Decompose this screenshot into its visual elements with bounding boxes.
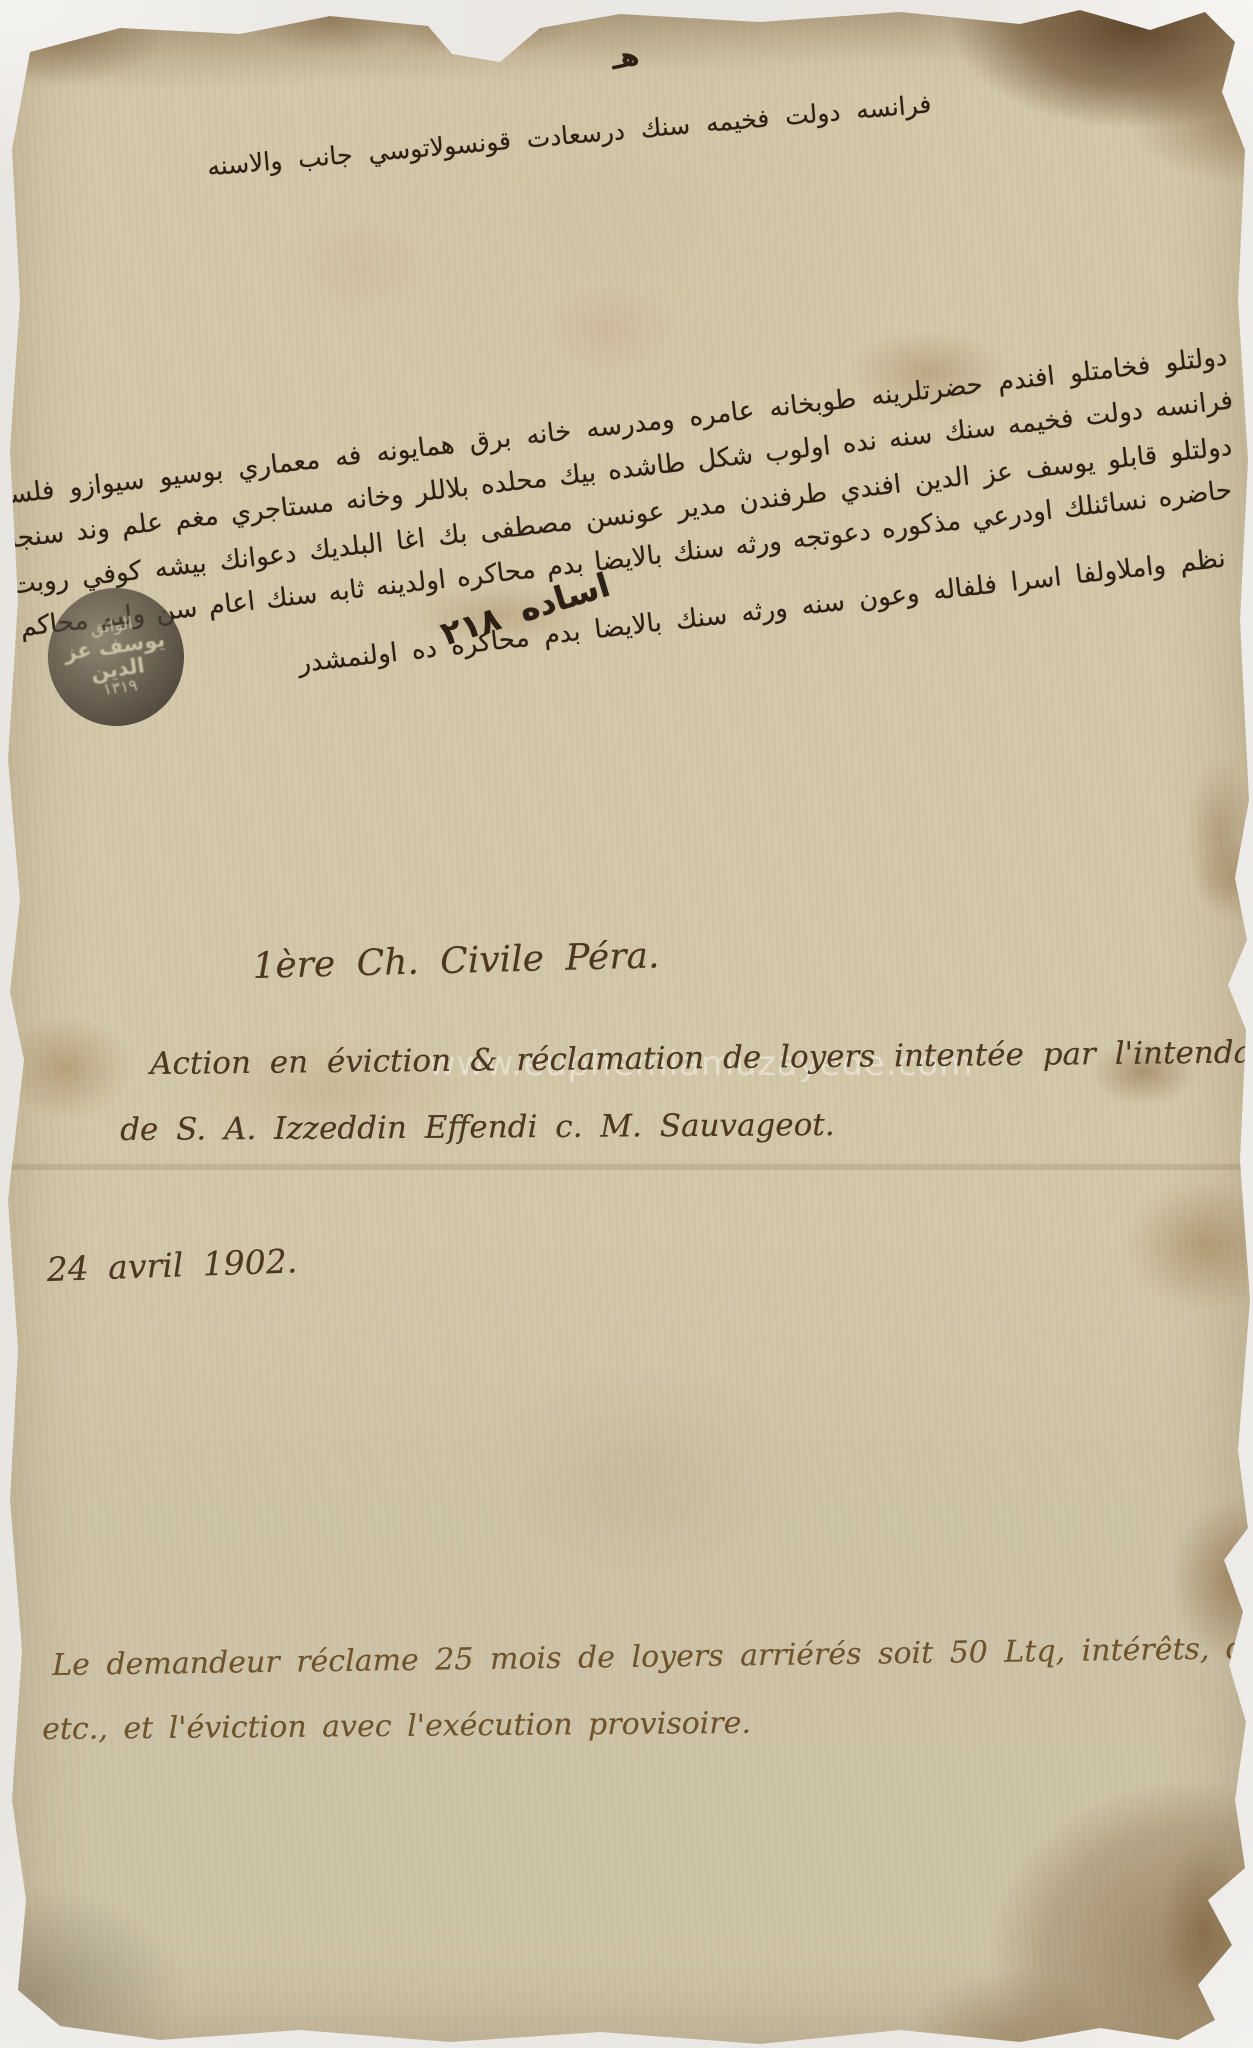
filing-date: 24 avril 1902. (46, 1241, 298, 1289)
ottoman-body-line-5: نظم واملاولفا اسرا فلفاله وعون سنه ورثه … (245, 543, 1227, 684)
case-summary-line-2: de S. A. Izzeddin Effendi c. M. Sauvageo… (120, 1107, 835, 1148)
court-chamber-heading: 1ère Ch. Civile Péra. (252, 935, 660, 987)
document-paper: هـ فرانسه دولت فخيمه سنك درسعادت قونسولا… (0, 0, 1253, 2048)
top-fold-mark: هـ (608, 40, 642, 76)
edge-stain (1160, 1840, 1250, 2020)
edge-stain (380, 0, 580, 55)
photo-backdrop: هـ فرانسه دولت فخيمه سنك درسعادت قونسولا… (0, 0, 1253, 2048)
ottoman-address-line: فرانسه دولت فخيمه سنك درسعادت قونسولاتوس… (372, 89, 932, 167)
case-summary-line-1: Action en éviction & réclamation de loye… (150, 1034, 1253, 1082)
claim-summary-line-1: Le demandeur réclame 25 mois de loyers a… (52, 1630, 1253, 1683)
claim-summary-line-2: etc., et l'éviction avec l'exécution pro… (42, 1706, 751, 1747)
seal-text-line: ١٣١٩ (102, 677, 138, 698)
edge-stain (1185, 760, 1253, 910)
